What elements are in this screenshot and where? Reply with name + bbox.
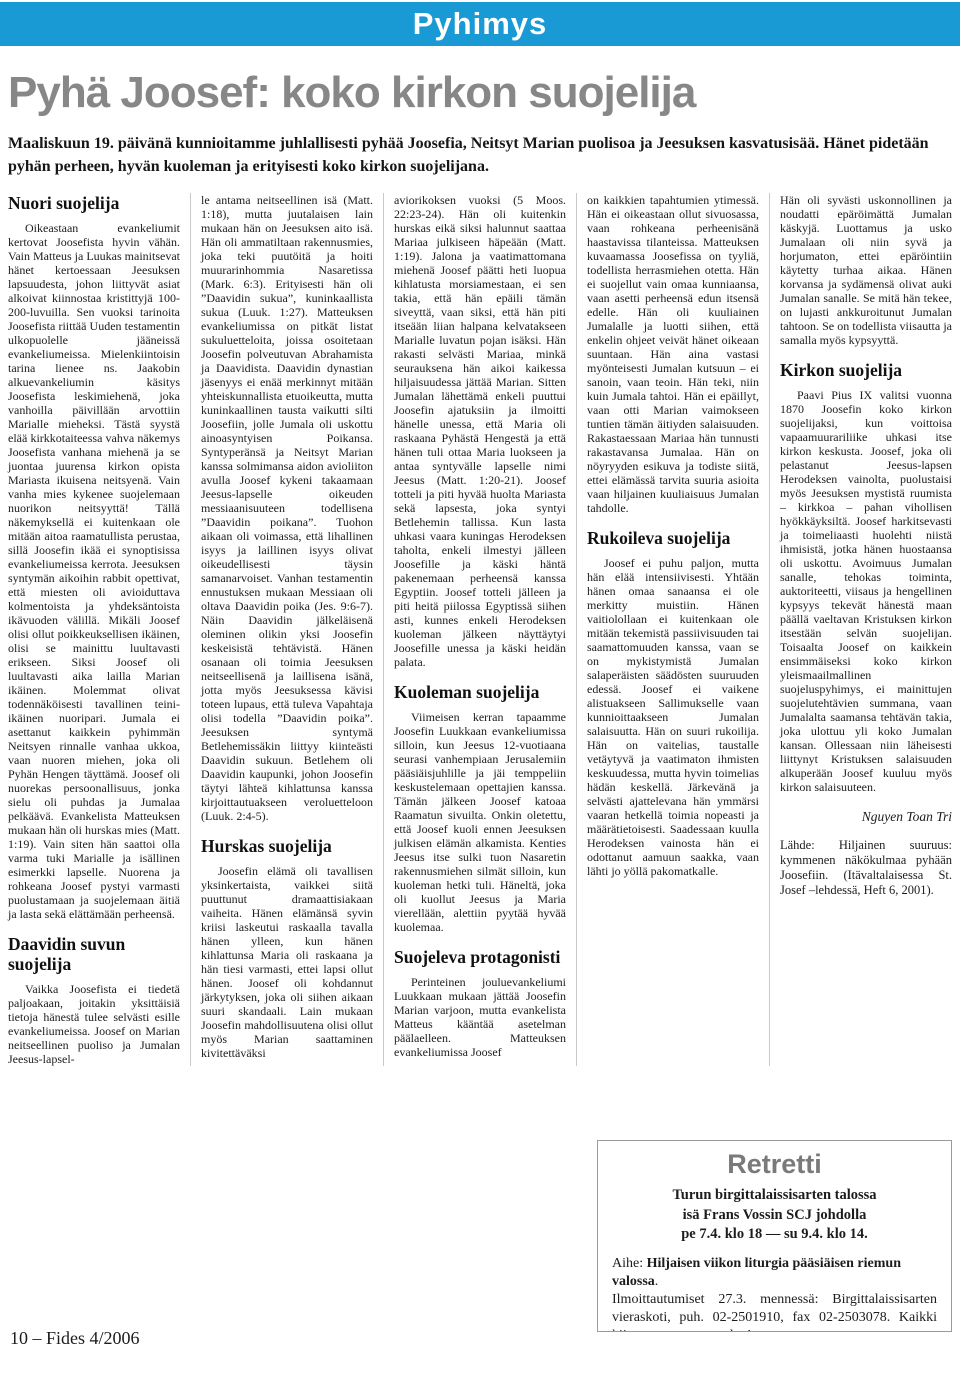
section-banner: Pyhimys bbox=[0, 2, 960, 46]
column-3: aviorikoksen vuoksi (5 Moos. 22:23-24). … bbox=[394, 193, 566, 1066]
source-note: Lähde: Hiljainen suuruus: kymmenen näkök… bbox=[780, 838, 952, 898]
magazine-page: Pyhimys Pyhä Joosef: koko kirkon suojeli… bbox=[0, 0, 960, 1377]
page-footer: 10 – Fides 4/2006 bbox=[10, 1328, 140, 1349]
body-paragraph: Hän oli syvästi uskonnollinen ja noudatt… bbox=[780, 193, 952, 347]
body-paragraph: Oikeastaan evankeliumit kertovat Joosefi… bbox=[8, 221, 180, 921]
column-divider bbox=[383, 193, 384, 1066]
article-columns: Nuori suojelijaOikeastaan evankeliumit k… bbox=[8, 193, 952, 1066]
retreat-location: Turun birgittalaissisarten talossa bbox=[612, 1186, 937, 1206]
body-paragraph: Paavi Pius IX valitsi vuonna 1870 Joosef… bbox=[780, 388, 952, 794]
article-lede: Maaliskuun 19. päivänä kunnioitamme juhl… bbox=[8, 132, 952, 178]
column-divider bbox=[769, 193, 770, 1066]
section-heading: Hurskas suojelija bbox=[201, 836, 373, 856]
retreat-registration: Ilmoittautumiset 27.3. mennessä: Birgitt… bbox=[612, 1291, 937, 1332]
body-paragraph: Viimeisen kerran tapaamme Joosefin Luukk… bbox=[394, 710, 566, 934]
section-banner-label: Pyhimys bbox=[413, 6, 548, 42]
section-heading: Suojeleva protagonisti bbox=[394, 947, 566, 967]
section-heading: Daavidin suvun suojelija bbox=[8, 934, 180, 974]
column-5: Hän oli syvästi uskonnollinen ja noudatt… bbox=[780, 193, 952, 1066]
retreat-leader: isä Frans Vossin SCJ johdolla bbox=[612, 1206, 937, 1226]
column-divider bbox=[190, 193, 191, 1066]
retreat-announcement-box: Retretti Turun birgittalaissisarten talo… bbox=[597, 1140, 952, 1332]
section-heading: Nuori suojelija bbox=[8, 193, 180, 213]
retreat-schedule: pe 7.4. klo 18 — su 9.4. klo 14. bbox=[612, 1225, 937, 1245]
body-paragraph: on kaikkien tapahtumien ytimessä. Hän ei… bbox=[587, 193, 759, 515]
author-byline: Nguyen Toan Tri bbox=[780, 810, 952, 824]
column-2: le antama neitseellinen isä (Matt. 1:18)… bbox=[201, 193, 373, 1066]
body-paragraph: Perinteinen jouluevankeliumi Luukkaan mu… bbox=[394, 975, 566, 1059]
retreat-box-title: Retretti bbox=[612, 1149, 937, 1180]
article-title: Pyhä Joosef: koko kirkon suojelija bbox=[8, 70, 952, 116]
section-heading: Kirkon suojelija bbox=[780, 360, 952, 380]
body-paragraph: Vaikka Joosefista ei tiedetä paljoakaan,… bbox=[8, 982, 180, 1066]
section-heading: Kuoleman suojelija bbox=[394, 682, 566, 702]
retreat-topic: Aihe: Hiljaisen viikon liturgia pääsiäis… bbox=[612, 1255, 937, 1291]
column-4: on kaikkien tapahtumien ytimessä. Hän ei… bbox=[587, 193, 759, 1066]
body-paragraph: le antama neitseellinen isä (Matt. 1:18)… bbox=[201, 193, 373, 823]
body-paragraph: Joosefin elämä oli tavallisen yksinkerta… bbox=[201, 864, 373, 1060]
retreat-topic-label: Aihe: bbox=[612, 1256, 643, 1271]
body-paragraph: Joosef ei puhu paljon, mutta hän elää in… bbox=[587, 556, 759, 878]
column-1: Nuori suojelijaOikeastaan evankeliumit k… bbox=[8, 193, 180, 1066]
retreat-topic-period: . bbox=[655, 1274, 659, 1289]
body-paragraph: aviorikoksen vuoksi (5 Moos. 22:23-24). … bbox=[394, 193, 566, 669]
section-heading: Rukoileva suojelija bbox=[587, 528, 759, 548]
column-divider bbox=[576, 193, 577, 1066]
